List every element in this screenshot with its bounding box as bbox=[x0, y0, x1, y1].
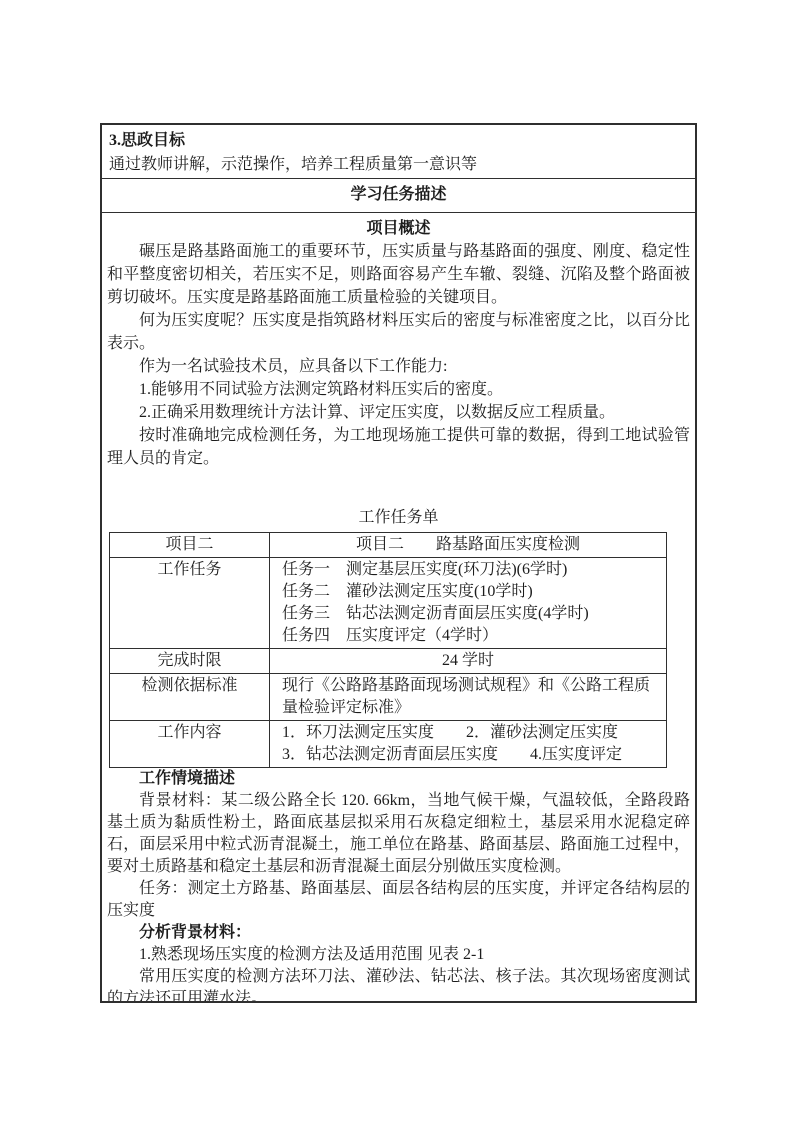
task-description-header: 学习任务描述 bbox=[102, 178, 695, 212]
project-overview-title: 项目概述 bbox=[107, 217, 690, 240]
row-value-standards: 现行《公路路基路面现场测试规程》和《公路工程质量检验评定标准》 bbox=[270, 674, 667, 721]
table-row-duration: 完成时限 24 学时 bbox=[110, 649, 667, 674]
scenario-task: 任务：测定土方路基、路面基层、面层各结构层的压实度，并评定各结构层的压实度 bbox=[107, 878, 690, 922]
ideology-objective-cell: 3.思政目标 通过教师讲解，示范操作，培养工程质量第一意识等 bbox=[102, 125, 695, 178]
row-value-content: 1．环刀法测定压实度 2．灌砂法测定压实度 3．钻芯法测定沥青面层压实度 4.压… bbox=[270, 721, 667, 768]
task-line: 任务一 测定基层压实度(环刀法)(6学时) bbox=[282, 559, 658, 581]
content-line: 1．环刀法测定压实度 2．灌砂法测定压实度 bbox=[282, 722, 658, 744]
lesson-plan-table: 3.思政目标 通过教师讲解，示范操作，培养工程质量第一意识等 学习任务描述 项目… bbox=[100, 123, 697, 1003]
table-row-tasks: 工作任务 任务一 测定基层压实度(环刀法)(6学时) 任务二 灌砂法测定压实度(… bbox=[110, 558, 667, 649]
overview-paragraph: 按时准确地完成检测任务，为工地现场施工提供可靠的数据，得到工地试验管理人员的肯定… bbox=[107, 424, 690, 470]
row-value-duration: 24 学时 bbox=[270, 649, 667, 674]
task-description-body: 项目概述 碾压是路基路面施工的重要环节，压实质量与路基路面的强度、刚度、稳定性和… bbox=[102, 212, 695, 1001]
worksheet-title: 工作任务单 bbox=[107, 506, 690, 529]
scenario-analysis-title: 分析背景材料： bbox=[107, 922, 690, 944]
scenario-analysis-item: 常用压实度的检测方法环刀法、灌砂法、钻芯法、核子法。其次现场密度测试的方法还可用… bbox=[107, 966, 690, 1001]
overview-paragraph: 何为压实度呢？压实度是指筑路材料压实后的密度与标准密度之比，以百分比表示。 bbox=[107, 309, 690, 355]
task-line: 任务二 灌砂法测定压实度(10学时) bbox=[282, 581, 658, 603]
row-value-project: 项目二 路基路面压实度检测 bbox=[270, 533, 667, 558]
table-row-project: 项目二 项目二 路基路面压实度检测 bbox=[110, 533, 667, 558]
row-label-content: 工作内容 bbox=[110, 721, 270, 768]
document-page: 3.思政目标 通过教师讲解，示范操作，培养工程质量第一意识等 学习任务描述 项目… bbox=[0, 0, 800, 1131]
row-label-project: 项目二 bbox=[110, 533, 270, 558]
overview-paragraph: 作为一名试验技术员，应具备以下工作能力: bbox=[107, 355, 690, 378]
row-value-tasks: 任务一 测定基层压实度(环刀法)(6学时) 任务二 灌砂法测定压实度(10学时)… bbox=[270, 558, 667, 649]
overview-paragraph: 碾压是路基路面施工的重要环节，压实质量与路基路面的强度、刚度、稳定性和平整度密切… bbox=[107, 240, 690, 309]
scenario-background: 背景材料：某二级公路全长 120. 66km，当地气候干燥，气温较低，全路段路基… bbox=[107, 790, 690, 878]
content-line: 3．钻芯法测定沥青面层压实度 4.压实度评定 bbox=[282, 744, 658, 766]
ideology-objective-body: 通过教师讲解，示范操作，培养工程质量第一意识等 bbox=[109, 153, 688, 177]
table-row-standards: 检测依据标准 现行《公路路基路面现场测试规程》和《公路工程质量检验评定标准》 bbox=[110, 674, 667, 721]
row-label-duration: 完成时限 bbox=[110, 649, 270, 674]
scenario-title: 工作情境描述 bbox=[107, 768, 690, 790]
overview-paragraph: 2.正确采用数理统计方法计算、评定压实度，以数据反应工程质量。 bbox=[107, 401, 690, 424]
ideology-objective-title: 3.思政目标 bbox=[109, 129, 688, 153]
scenario-analysis-item: 1.熟悉现场压实度的检测方法及适用范围 见表 2-1 bbox=[107, 944, 690, 966]
overview-paragraph: 1.能够用不同试验方法测定筑路材料压实后的密度。 bbox=[107, 378, 690, 401]
task-line: 任务四 压实度评定（4学时） bbox=[282, 625, 658, 647]
row-label-standards: 检测依据标准 bbox=[110, 674, 270, 721]
task-line: 任务三 钻芯法测定沥青面层压实度(4学时) bbox=[282, 603, 658, 625]
row-label-tasks: 工作任务 bbox=[110, 558, 270, 649]
table-row-content: 工作内容 1．环刀法测定压实度 2．灌砂法测定压实度 3．钻芯法测定沥青面层压实… bbox=[110, 721, 667, 768]
worksheet-table: 项目二 项目二 路基路面压实度检测 工作任务 任务一 测定基层压实度(环刀法)(… bbox=[109, 532, 667, 768]
